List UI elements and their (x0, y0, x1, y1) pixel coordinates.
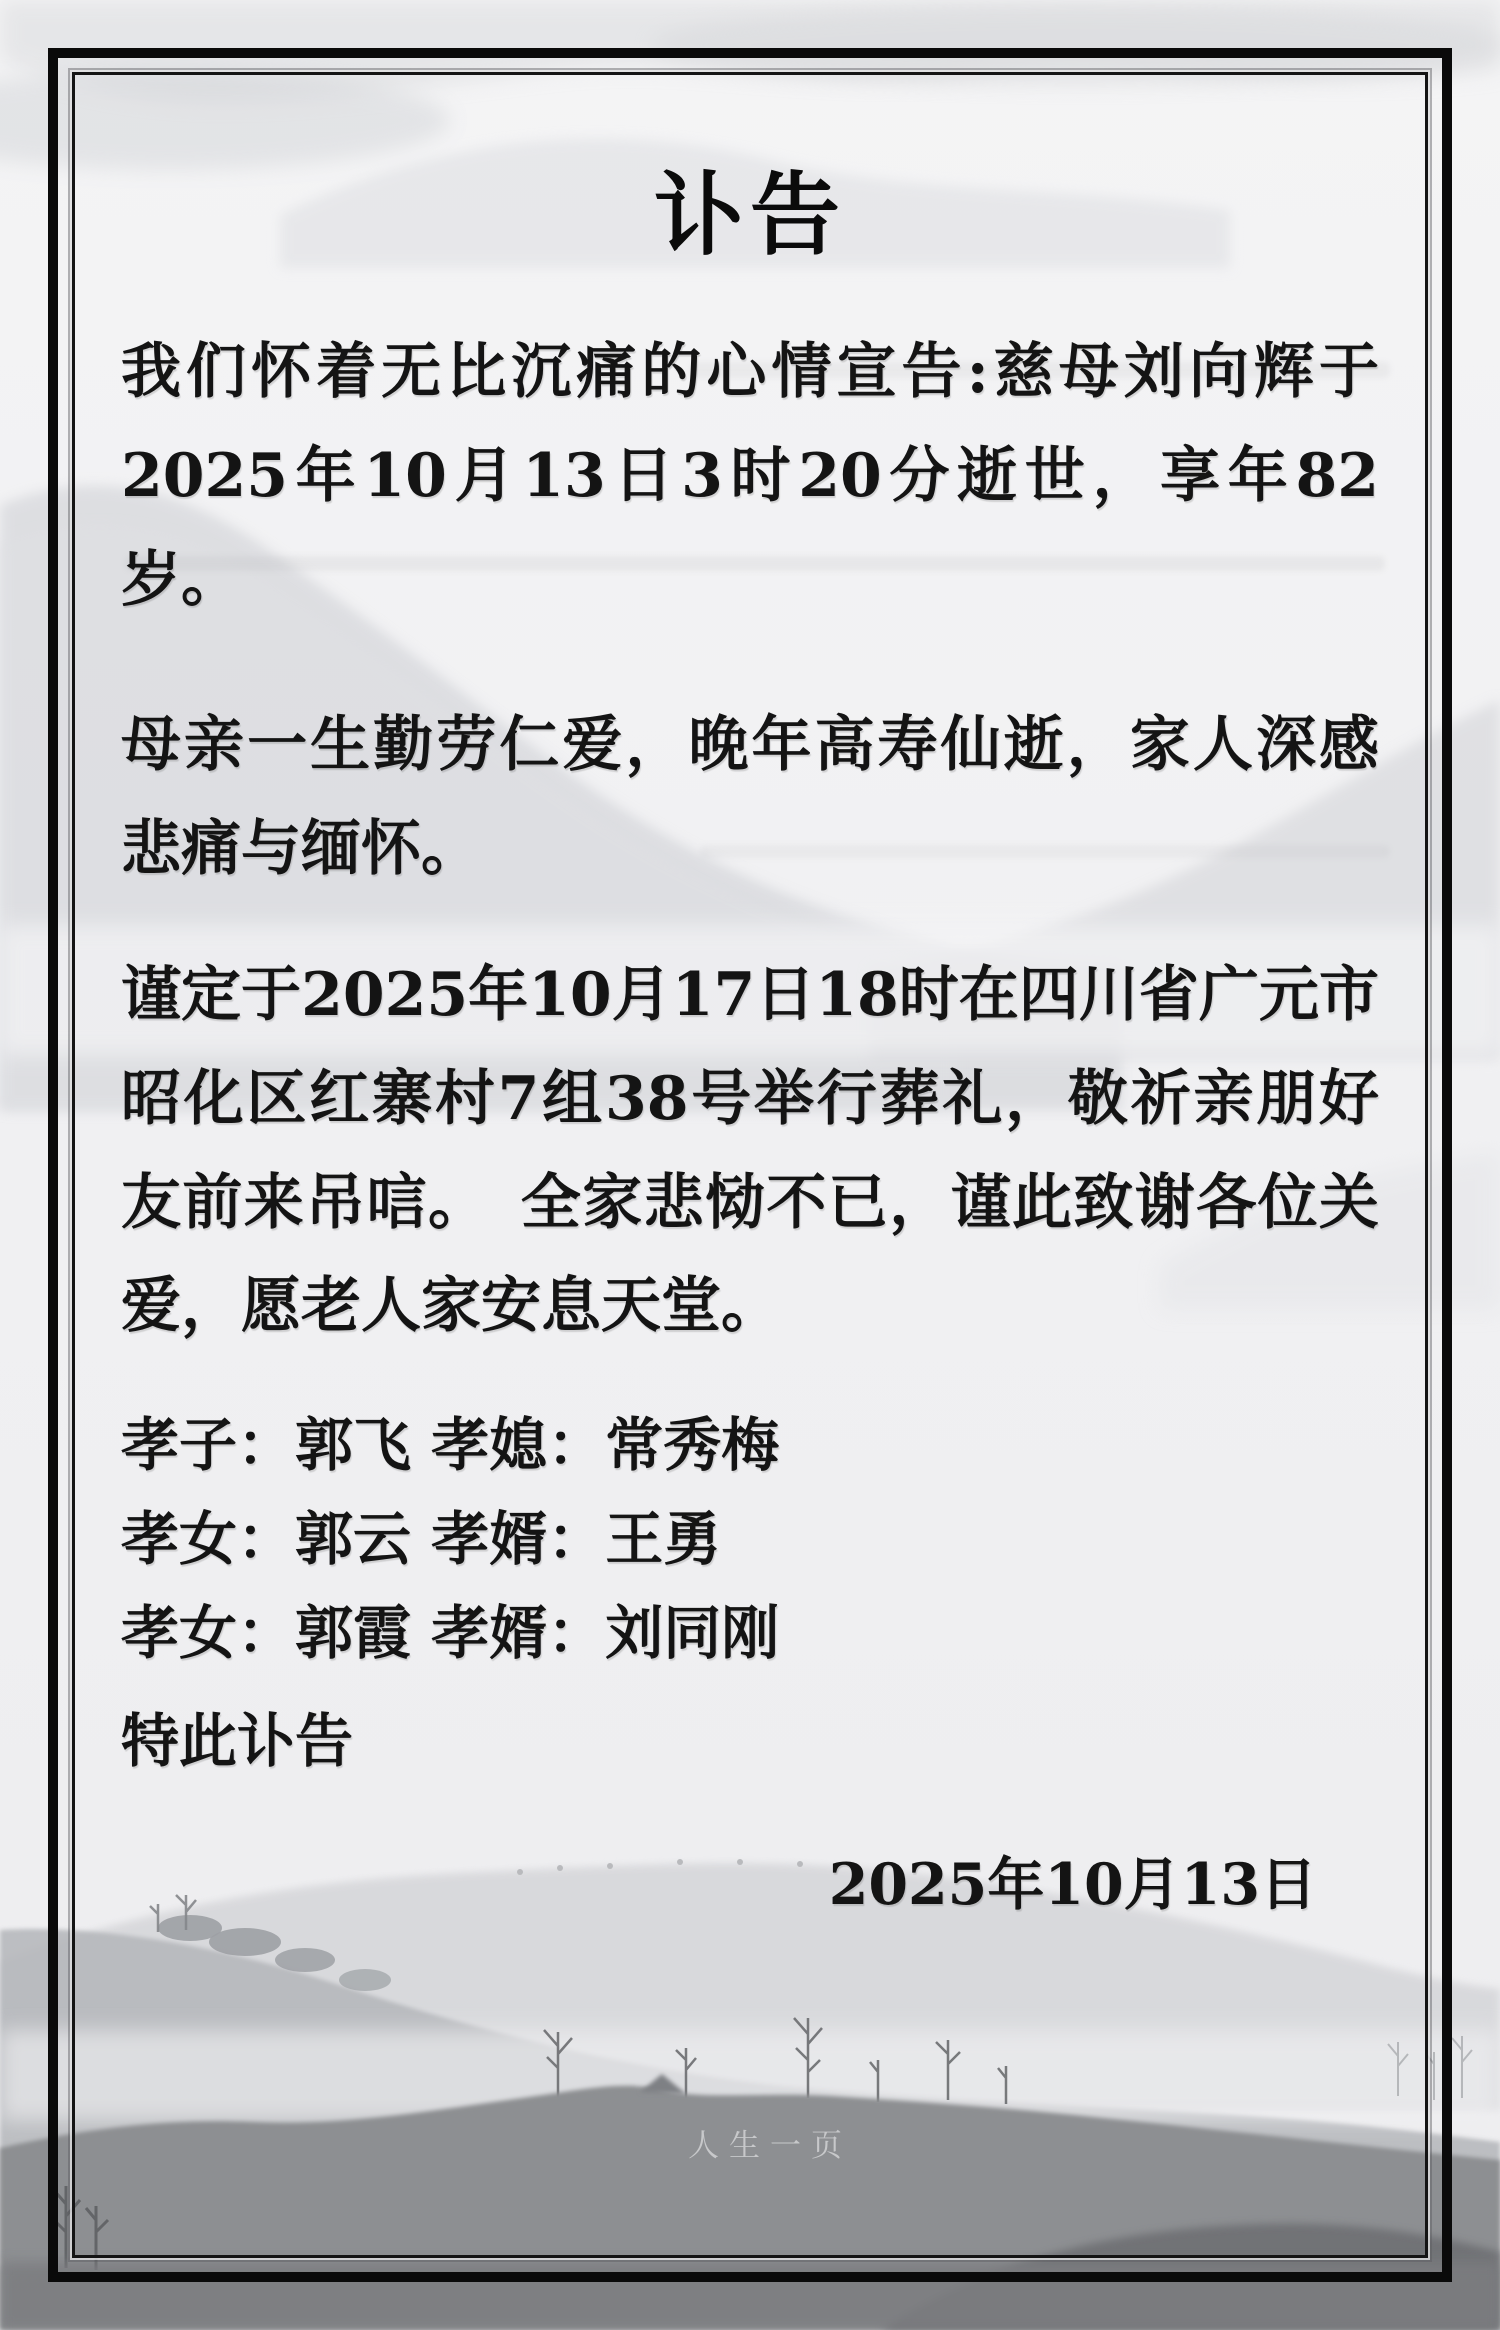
tribute-paragraph: 母亲一生勤劳仁爱，晚年高寿仙逝，家人深感悲痛与缅怀。 (121, 694, 1379, 902)
family-line-daughter-2: 孝女：郭霞 孝婿：刘同刚 (121, 1587, 1379, 1681)
family-list: 孝子：郭飞 孝媳：常秀梅 孝女：郭云 孝婿：王勇 孝女：郭霞 孝婿：刘同刚 (121, 1399, 1379, 1681)
family-line-son: 孝子：郭飞 孝媳：常秀梅 (121, 1399, 1379, 1493)
obituary-content: 讣告 我们怀着无比沉痛的心情宣告:慈母刘向辉于2025年10月13日3时20分逝… (75, 75, 1425, 2255)
family-line-daughter-1: 孝女：郭云 孝婿：王勇 (121, 1493, 1379, 1587)
obituary-page: 讣告 我们怀着无比沉痛的心情宣告:慈母刘向辉于2025年10月13日3时20分逝… (0, 0, 1500, 2330)
funeral-details-paragraph: 谨定于2025年10月17日18时在四川省广元市昭化区红寨村7组38号举行葬礼，… (121, 944, 1379, 1359)
page-title: 讣告 (121, 171, 1379, 261)
date-line: 2025年10月13日 (121, 1839, 1379, 1931)
closing-line: 特此讣告 (121, 1695, 1379, 1789)
announcement-paragraph: 我们怀着无比沉痛的心情宣告:慈母刘向辉于2025年10月13日3时20分逝世，享… (121, 321, 1379, 632)
